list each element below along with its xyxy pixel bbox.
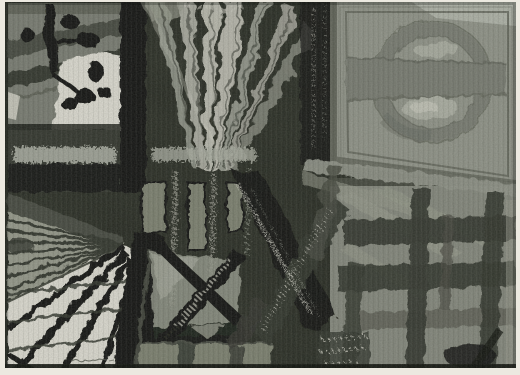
grain-overlay-light <box>5 2 516 368</box>
painting-area <box>5 0 516 374</box>
artwork-photo: Monochrome abstract painting: gestural b… <box>0 0 520 375</box>
painting-canvas <box>0 0 520 375</box>
